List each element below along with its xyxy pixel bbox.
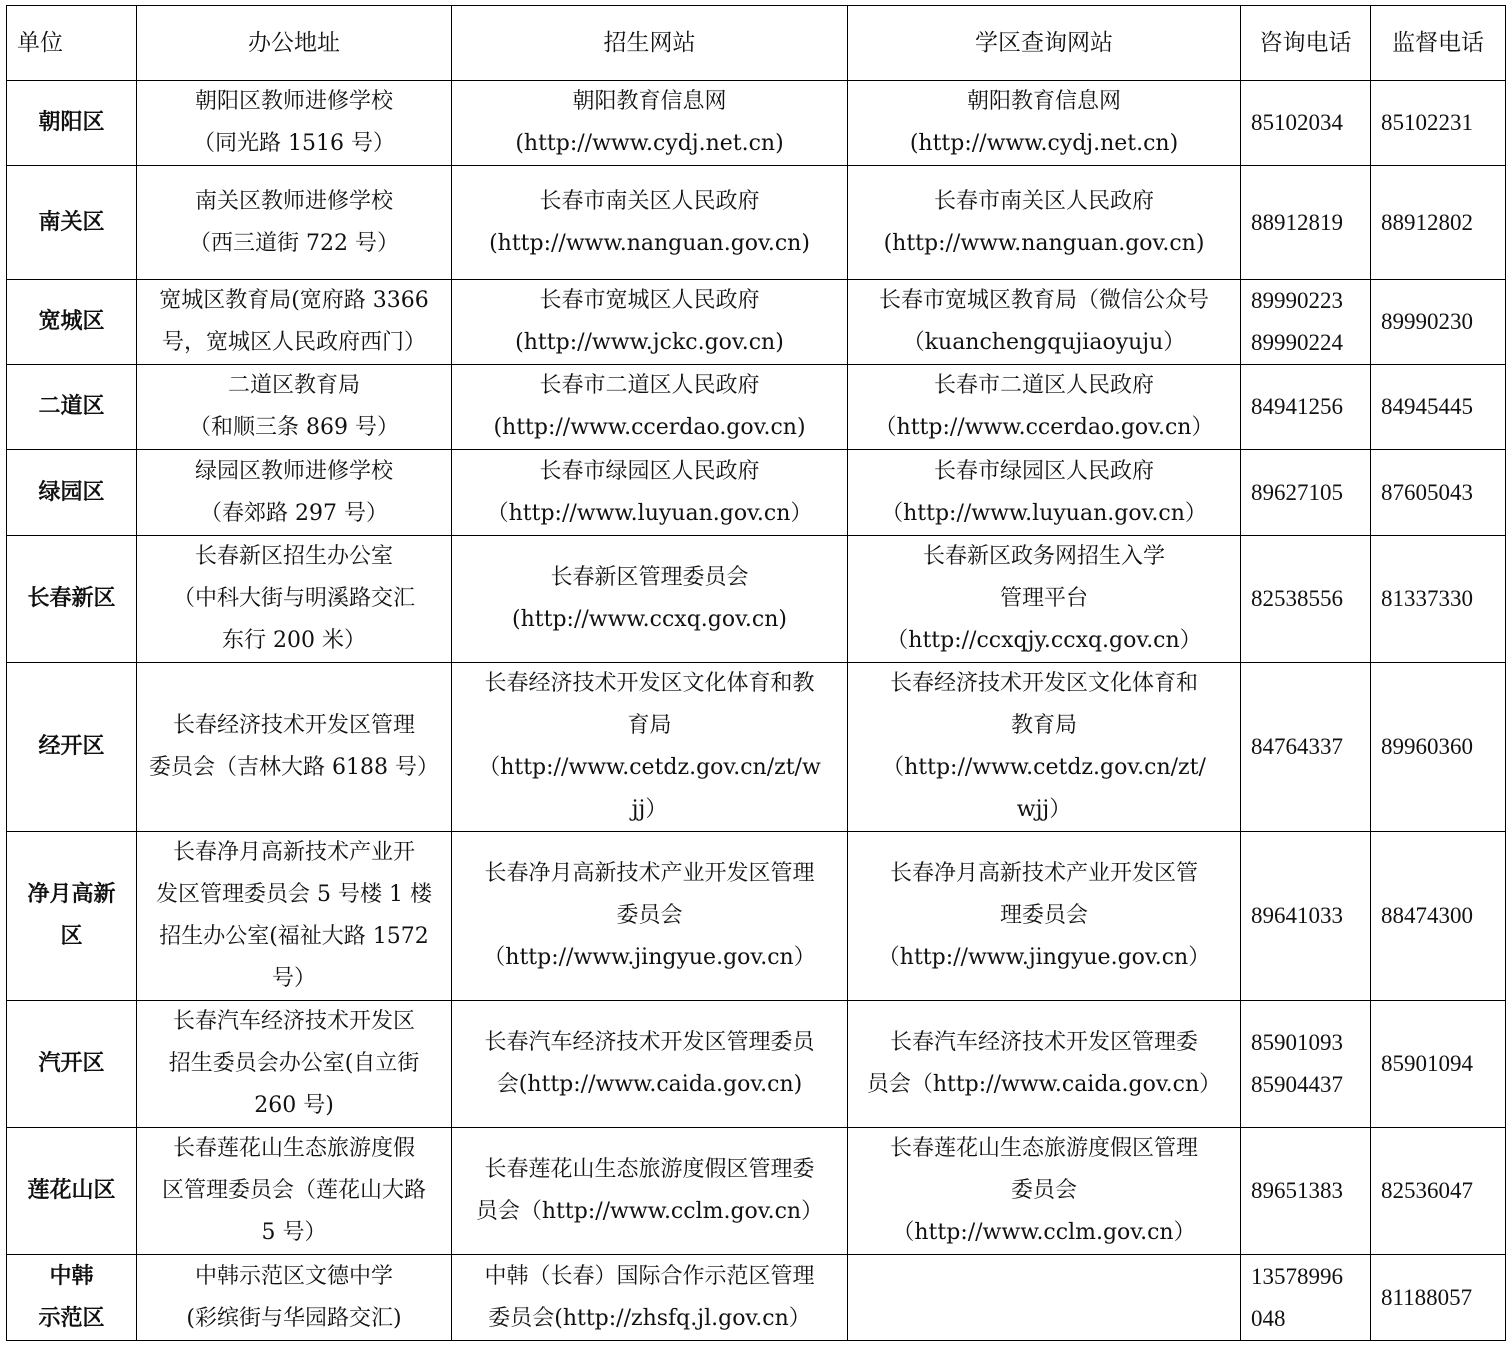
cell-line: （春郊路 297 号） xyxy=(141,493,447,535)
cell-district-site: 长春新区政务网招生入学管理平台（http://ccxqjy.ccxq.gov.c… xyxy=(848,536,1241,663)
cell-unit: 二道区 xyxy=(7,365,137,450)
cell-line: 5 号） xyxy=(141,1212,447,1254)
cell-line: 长春莲花山生态旅游度假 xyxy=(141,1128,447,1170)
cell-consult-phone: 82538556 xyxy=(1241,536,1371,663)
cell-line: 汽开区 xyxy=(11,1043,132,1085)
cell-address: 二道区教育局（和顺三条 869 号） xyxy=(137,365,452,450)
cell-line: 二道区教育局 xyxy=(141,365,447,407)
cell-line: 长春市南关区人民政府 xyxy=(852,181,1236,223)
cell-line: 长春经济技术开发区管理 xyxy=(141,705,447,747)
cell-line: 89960360 xyxy=(1381,726,1501,768)
cell-line: 招生办公室(福祉大路 1572 xyxy=(141,916,447,958)
cell-line: 85102231 xyxy=(1381,102,1501,144)
cell-line: 区管理委员会（莲花山大路 xyxy=(141,1170,447,1212)
cell-supervise-phone: 89960360 xyxy=(1371,663,1506,832)
cell-line: 长春汽车经济技术开发区管理委员 xyxy=(456,1022,843,1064)
cell-line: （中科大街与明溪路交汇 xyxy=(141,578,447,620)
cell-line: 长春市绿园区人民政府 xyxy=(456,451,843,493)
cell-address: 长春经济技术开发区管理委员会（吉林大路 6188 号） xyxy=(137,663,452,832)
cell-line: 84945445 xyxy=(1381,386,1501,428)
website-link-text: (http://www.nanguan.gov.cn) xyxy=(456,223,843,265)
cell-line: 二道区 xyxy=(11,386,132,428)
cell-line: 长春汽车经济技术开发区管理委 xyxy=(852,1022,1236,1064)
cell-unit: 绿园区 xyxy=(7,450,137,536)
website-link-text: （http://www.cclm.gov.cn） xyxy=(852,1212,1236,1254)
enrollment-contact-table: 单位 办公地址 招生网站 学区查询网站 咨询电话 监督电话 朝阳区朝阳区教师进修… xyxy=(6,5,1506,1341)
cell-line: 宽城区 xyxy=(11,301,132,343)
cell-enroll-site: 长春市绿园区人民政府（http://www.luyuan.gov.cn） xyxy=(452,450,848,536)
cell-line: 中韩 xyxy=(11,1256,132,1298)
cell-unit: 中韩示范区 xyxy=(7,1255,137,1341)
cell-unit: 净月高新区 xyxy=(7,832,137,1001)
table-row: 莲花山区长春莲花山生态旅游度假区管理委员会（莲花山大路5 号）长春莲花山生态旅游… xyxy=(7,1128,1506,1255)
cell-unit: 宽城区 xyxy=(7,280,137,365)
cell-line: 85901093 xyxy=(1251,1022,1366,1064)
cell-line: 长春市二道区人民政府 xyxy=(456,365,843,407)
cell-line: 89990223 xyxy=(1251,280,1366,322)
cell-consult-phone: 8590109385904437 xyxy=(1241,1001,1371,1128)
cell-line: 南关区教师进修学校 xyxy=(141,181,447,223)
cell-address: 宽城区教育局(宽府路 3366号，宽城区人民政府西门） xyxy=(137,280,452,365)
website-link-text: （http://www.cetdz.gov.cn/zt/w xyxy=(456,747,843,789)
cell-supervise-phone: 81337330 xyxy=(1371,536,1506,663)
cell-line: 长春莲花山生态旅游度假区管理委 xyxy=(456,1149,843,1191)
cell-line: 82536047 xyxy=(1381,1170,1501,1212)
cell-line: 长春新区管理委员会 xyxy=(456,557,843,599)
cell-line: 长春净月高新技术产业开发区管 xyxy=(852,853,1236,895)
cell-line: 88474300 xyxy=(1381,895,1501,937)
cell-line: 81188057 xyxy=(1381,1277,1501,1319)
website-link-text: （kuanchengqujiaoyuju） xyxy=(852,322,1236,364)
cell-line: 南关区 xyxy=(11,202,132,244)
cell-enroll-site: 长春净月高新技术产业开发区管理委员会（http://www.jingyue.go… xyxy=(452,832,848,1001)
cell-district-site: 朝阳教育信息网(http://www.cydj.net.cn) xyxy=(848,81,1241,166)
cell-line: 宽城区教育局(宽府路 3366 xyxy=(141,280,447,322)
cell-line: 朝阳区 xyxy=(11,102,132,144)
cell-address: 绿园区教师进修学校（春郊路 297 号） xyxy=(137,450,452,536)
cell-line: 长春市宽城区教育局（微信公众号 xyxy=(852,280,1236,322)
cell-line: 朝阳区教师进修学校 xyxy=(141,81,447,123)
cell-line: 示范区 xyxy=(11,1298,132,1340)
table-row: 汽开区长春汽车经济技术开发区招生委员会办公室(自立街260 号)长春汽车经济技术… xyxy=(7,1001,1506,1128)
cell-enroll-site: 长春汽车经济技术开发区管理委员会(http://www.caida.gov.cn… xyxy=(452,1001,848,1128)
cell-line: 莲花山区 xyxy=(11,1170,132,1212)
header-unit: 单位 xyxy=(7,6,137,81)
cell-supervise-phone: 85901094 xyxy=(1371,1001,1506,1128)
cell-address: 中韩示范区文德中学(彩缤街与华园路交汇) xyxy=(137,1255,452,1341)
cell-consult-phone: 85102034 xyxy=(1241,81,1371,166)
cell-enroll-site: 中韩（长春）国际合作示范区管理委员会(http://zhsfq.jl.gov.c… xyxy=(452,1255,848,1341)
cell-line: 区 xyxy=(11,916,132,958)
cell-district-site: 长春市宽城区教育局（微信公众号（kuanchengqujiaoyuju） xyxy=(848,280,1241,365)
cell-supervise-phone: 85102231 xyxy=(1371,81,1506,166)
website-link-text: 委员会(http://zhsfq.jl.gov.cn） xyxy=(456,1298,843,1340)
table-row: 净月高新区长春净月高新技术产业开发区管理委员会 5 号楼 1 楼招生办公室(福祉… xyxy=(7,832,1506,1001)
cell-consult-phone: 89627105 xyxy=(1241,450,1371,536)
cell-address: 长春净月高新技术产业开发区管理委员会 5 号楼 1 楼招生办公室(福祉大路 15… xyxy=(137,832,452,1001)
cell-enroll-site: 长春市宽城区人民政府(http://www.jckc.gov.cn) xyxy=(452,280,848,365)
cell-line: 87605043 xyxy=(1381,472,1501,514)
cell-line: 净月高新 xyxy=(11,874,132,916)
cell-district-site: 长春市南关区人民政府(http://www.nanguan.gov.cn) xyxy=(848,166,1241,280)
table-row: 宽城区宽城区教育局(宽府路 3366号，宽城区人民政府西门）长春市宽城区人民政府… xyxy=(7,280,1506,365)
cell-line: 中韩示范区文德中学 xyxy=(141,1256,447,1298)
cell-line: 中韩（长春）国际合作示范区管理 xyxy=(456,1256,843,1298)
cell-enroll-site: 朝阳教育信息网(http://www.cydj.net.cn) xyxy=(452,81,848,166)
cell-line: 89641033 xyxy=(1251,895,1366,937)
cell-line: （同光路 1516 号） xyxy=(141,123,447,165)
cell-line: 朝阳教育信息网 xyxy=(456,81,843,123)
table-row: 南关区南关区教师进修学校（西三道街 722 号）长春市南关区人民政府(http:… xyxy=(7,166,1506,280)
cell-line: 育局 xyxy=(456,705,843,747)
table-row: 经开区长春经济技术开发区管理委员会（吉林大路 6188 号）长春经济技术开发区文… xyxy=(7,663,1506,832)
cell-line: 85904437 xyxy=(1251,1064,1366,1106)
cell-unit: 朝阳区 xyxy=(7,81,137,166)
cell-line: 长春新区 xyxy=(11,578,132,620)
cell-consult-phone: 89641033 xyxy=(1241,832,1371,1001)
website-link-text: 会(http://www.caida.gov.cn) xyxy=(456,1064,843,1106)
cell-line: 81337330 xyxy=(1381,578,1501,620)
cell-consult-phone: 13578996048 xyxy=(1241,1255,1371,1341)
cell-address: 长春汽车经济技术开发区招生委员会办公室(自立街260 号) xyxy=(137,1001,452,1128)
header-row: 单位 办公地址 招生网站 学区查询网站 咨询电话 监督电话 xyxy=(7,6,1506,81)
website-link-text: （http://www.jingyue.gov.cn） xyxy=(852,937,1236,979)
cell-line: （和顺三条 869 号） xyxy=(141,407,447,449)
table-row: 朝阳区朝阳区教师进修学校（同光路 1516 号）朝阳教育信息网(http://w… xyxy=(7,81,1506,166)
cell-line: 长春市宽城区人民政府 xyxy=(456,280,843,322)
cell-address: 南关区教师进修学校（西三道街 722 号） xyxy=(137,166,452,280)
cell-line: 长春净月高新技术产业开发区管理 xyxy=(456,853,843,895)
cell-line: 长春经济技术开发区文化体育和 xyxy=(852,663,1236,705)
cell-line: 85901094 xyxy=(1381,1043,1501,1085)
cell-district-site xyxy=(848,1255,1241,1341)
header-consult-phone: 咨询电话 xyxy=(1241,6,1371,81)
cell-line: 88912802 xyxy=(1381,202,1501,244)
website-link-text: (http://www.jckc.gov.cn) xyxy=(456,322,843,364)
cell-line: wjj） xyxy=(852,789,1236,831)
cell-line: 发区管理委员会 5 号楼 1 楼 xyxy=(141,874,447,916)
cell-district-site: 长春市绿园区人民政府（http://www.luyuan.gov.cn） xyxy=(848,450,1241,536)
cell-unit: 南关区 xyxy=(7,166,137,280)
cell-line: 长春莲花山生态旅游度假区管理 xyxy=(852,1128,1236,1170)
cell-district-site: 长春经济技术开发区文化体育和教育局（http://www.cetdz.gov.c… xyxy=(848,663,1241,832)
header-supervise-phone: 监督电话 xyxy=(1371,6,1506,81)
cell-consult-phone: 88912819 xyxy=(1241,166,1371,280)
cell-line: 号） xyxy=(141,958,447,1000)
cell-line: 长春市南关区人民政府 xyxy=(456,181,843,223)
cell-unit: 经开区 xyxy=(7,663,137,832)
cell-line: 长春市二道区人民政府 xyxy=(852,365,1236,407)
cell-line: 经开区 xyxy=(11,726,132,768)
cell-line: 89627105 xyxy=(1251,472,1366,514)
cell-supervise-phone: 88912802 xyxy=(1371,166,1506,280)
cell-line: 89990224 xyxy=(1251,322,1366,364)
cell-line: 长春汽车经济技术开发区 xyxy=(141,1001,447,1043)
cell-line: 89990230 xyxy=(1381,301,1501,343)
cell-enroll-site: 长春新区管理委员会(http://www.ccxq.gov.cn) xyxy=(452,536,848,663)
cell-line: 长春经济技术开发区文化体育和教 xyxy=(456,663,843,705)
cell-supervise-phone: 84945445 xyxy=(1371,365,1506,450)
website-link-text: (http://www.cydj.net.cn) xyxy=(852,123,1236,165)
cell-enroll-site: 长春经济技术开发区文化体育和教育局（http://www.cetdz.gov.c… xyxy=(452,663,848,832)
cell-line: 朝阳教育信息网 xyxy=(852,81,1236,123)
cell-line: 绿园区教师进修学校 xyxy=(141,451,447,493)
cell-line: 招生委员会办公室(自立街 xyxy=(141,1043,447,1085)
website-link-text: 员会（http://www.caida.gov.cn） xyxy=(852,1064,1236,1106)
cell-consult-phone: 89651383 xyxy=(1241,1128,1371,1255)
header-address: 办公地址 xyxy=(137,6,452,81)
cell-line: 82538556 xyxy=(1251,578,1366,620)
table-body: 朝阳区朝阳区教师进修学校（同光路 1516 号）朝阳教育信息网(http://w… xyxy=(7,81,1506,1341)
cell-supervise-phone: 82536047 xyxy=(1371,1128,1506,1255)
cell-line: 委员会（吉林大路 6188 号） xyxy=(141,747,447,789)
website-link-text: （http://www.luyuan.gov.cn） xyxy=(852,493,1236,535)
cell-line: 管理平台 xyxy=(852,578,1236,620)
website-link-text: (http://www.cydj.net.cn) xyxy=(456,123,843,165)
cell-line: （西三道街 722 号） xyxy=(141,223,447,265)
cell-line: 长春净月高新技术产业开 xyxy=(141,832,447,874)
cell-line: 84764337 xyxy=(1251,726,1366,768)
cell-line: 长春新区招生办公室 xyxy=(141,536,447,578)
website-link-text: （http://www.ccerdao.gov.cn） xyxy=(852,407,1236,449)
header-enroll-site: 招生网站 xyxy=(452,6,848,81)
website-link-text: 员会（http://www.cclm.gov.cn） xyxy=(456,1191,843,1233)
cell-district-site: 长春莲花山生态旅游度假区管理委员会（http://www.cclm.gov.cn… xyxy=(848,1128,1241,1255)
cell-line: 89651383 xyxy=(1251,1170,1366,1212)
cell-consult-phone: 84941256 xyxy=(1241,365,1371,450)
website-link-text: （http://www.cetdz.gov.cn/zt/ xyxy=(852,747,1236,789)
cell-line: 教育局 xyxy=(852,705,1236,747)
cell-line: 委员会 xyxy=(852,1170,1236,1212)
website-link-text: (http://www.ccxq.gov.cn) xyxy=(456,599,843,641)
cell-supervise-phone: 81188057 xyxy=(1371,1255,1506,1341)
website-link-text: （http://ccxqjy.ccxq.gov.cn） xyxy=(852,620,1236,662)
website-link-text: (http://www.ccerdao.gov.cn) xyxy=(456,407,843,449)
cell-address: 朝阳区教师进修学校（同光路 1516 号） xyxy=(137,81,452,166)
table-row: 中韩示范区中韩示范区文德中学(彩缤街与华园路交汇)中韩（长春）国际合作示范区管理… xyxy=(7,1255,1506,1341)
cell-line: 85102034 xyxy=(1251,102,1366,144)
cell-consult-phone: 8999022389990224 xyxy=(1241,280,1371,365)
cell-enroll-site: 长春市南关区人民政府(http://www.nanguan.gov.cn) xyxy=(452,166,848,280)
cell-line: 理委员会 xyxy=(852,895,1236,937)
website-link-text: (http://www.nanguan.gov.cn) xyxy=(852,223,1236,265)
cell-line: 260 号) xyxy=(141,1085,447,1127)
cell-line: 88912819 xyxy=(1251,202,1366,244)
header-district-site: 学区查询网站 xyxy=(848,6,1241,81)
cell-line: (彩缤街与华园路交汇) xyxy=(141,1298,447,1340)
website-link-text: （http://www.jingyue.gov.cn） xyxy=(456,937,843,979)
table-row: 长春新区长春新区招生办公室（中科大街与明溪路交汇东行 200 米）长春新区管理委… xyxy=(7,536,1506,663)
cell-line: 号，宽城区人民政府西门） xyxy=(141,322,447,364)
cell-line: 委员会 xyxy=(456,895,843,937)
cell-line: 东行 200 米） xyxy=(141,620,447,662)
cell-line: 长春新区政务网招生入学 xyxy=(852,536,1236,578)
cell-line: 长春市绿园区人民政府 xyxy=(852,451,1236,493)
table-row: 绿园区绿园区教师进修学校（春郊路 297 号）长春市绿园区人民政府（http:/… xyxy=(7,450,1506,536)
cell-unit: 长春新区 xyxy=(7,536,137,663)
cell-unit: 莲花山区 xyxy=(7,1128,137,1255)
cell-unit: 汽开区 xyxy=(7,1001,137,1128)
website-link-text: （http://www.luyuan.gov.cn） xyxy=(456,493,843,535)
table-row: 二道区二道区教育局（和顺三条 869 号）长春市二道区人民政府(http://w… xyxy=(7,365,1506,450)
cell-consult-phone: 84764337 xyxy=(1241,663,1371,832)
cell-address: 长春莲花山生态旅游度假区管理委员会（莲花山大路5 号） xyxy=(137,1128,452,1255)
cell-enroll-site: 长春市二道区人民政府(http://www.ccerdao.gov.cn) xyxy=(452,365,848,450)
cell-supervise-phone: 87605043 xyxy=(1371,450,1506,536)
cell-supervise-phone: 88474300 xyxy=(1371,832,1506,1001)
cell-district-site: 长春净月高新技术产业开发区管理委员会（http://www.jingyue.go… xyxy=(848,832,1241,1001)
cell-supervise-phone: 89990230 xyxy=(1371,280,1506,365)
cell-district-site: 长春汽车经济技术开发区管理委员会（http://www.caida.gov.cn… xyxy=(848,1001,1241,1128)
cell-line: 13578996 xyxy=(1251,1256,1366,1298)
cell-address: 长春新区招生办公室（中科大街与明溪路交汇东行 200 米） xyxy=(137,536,452,663)
cell-line: jj） xyxy=(456,789,843,831)
cell-line: 绿园区 xyxy=(11,472,132,514)
cell-line: 048 xyxy=(1251,1298,1366,1340)
cell-district-site: 长春市二道区人民政府（http://www.ccerdao.gov.cn） xyxy=(848,365,1241,450)
cell-line: 84941256 xyxy=(1251,386,1366,428)
cell-enroll-site: 长春莲花山生态旅游度假区管理委员会（http://www.cclm.gov.cn… xyxy=(452,1128,848,1255)
